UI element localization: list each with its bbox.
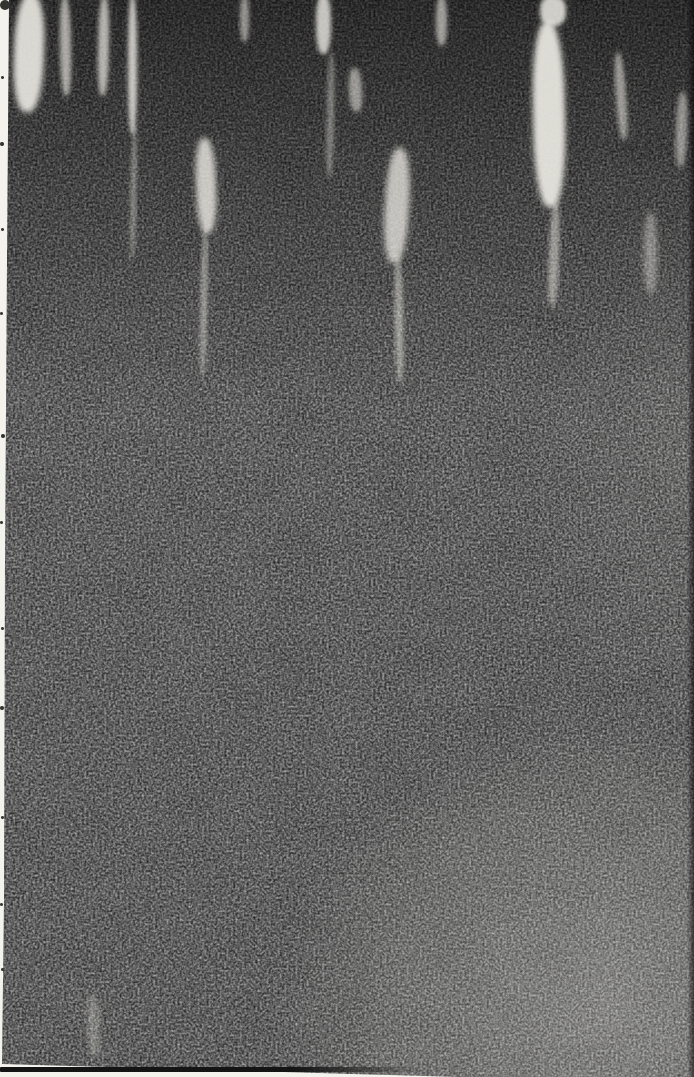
margin-ink-speck	[1, 627, 4, 630]
streaks-layer	[0, 0, 694, 1077]
paint-streak	[644, 212, 657, 294]
margin-ink-speck	[0, 903, 3, 906]
paint-streak	[200, 225, 209, 375]
scanned-page: Heavily degraded high-contrast black-and…	[0, 0, 694, 1077]
paint-streak	[436, 0, 447, 46]
paint-streak	[194, 138, 217, 234]
paint-streak	[12, 0, 46, 112]
paint-streak	[547, 202, 561, 307]
paint-streak	[531, 22, 566, 208]
paint-streak	[59, 0, 72, 96]
paint-streak	[128, 0, 137, 134]
paint-streak	[97, 0, 110, 96]
margin-ink-speck	[1, 76, 4, 79]
degraded-photo	[0, 0, 694, 1077]
paint-streak	[130, 125, 137, 260]
margin-ink-speck	[1, 816, 4, 819]
margin-ink-speck	[0, 0, 10, 10]
margin-ink-speck	[1, 434, 5, 438]
paint-streak	[240, 0, 249, 42]
margin-ink-speck	[0, 706, 4, 710]
paint-streak	[348, 68, 363, 113]
paint-streak	[87, 995, 100, 1057]
image-description: Heavily degraded high-contrast black-and…	[0, 0, 1, 1]
margin-ink-speck	[1, 228, 4, 231]
paint-streak	[316, 0, 331, 54]
paint-streak	[326, 52, 335, 177]
bottom-rule	[0, 1067, 430, 1072]
paint-streak	[382, 147, 412, 263]
paint-streak	[394, 258, 404, 383]
margin-ink-speck	[0, 142, 4, 146]
margin-ink-speck	[0, 521, 3, 524]
paint-streak	[675, 92, 689, 167]
paint-streak	[613, 52, 629, 140]
margin-ink-speck	[0, 312, 3, 315]
